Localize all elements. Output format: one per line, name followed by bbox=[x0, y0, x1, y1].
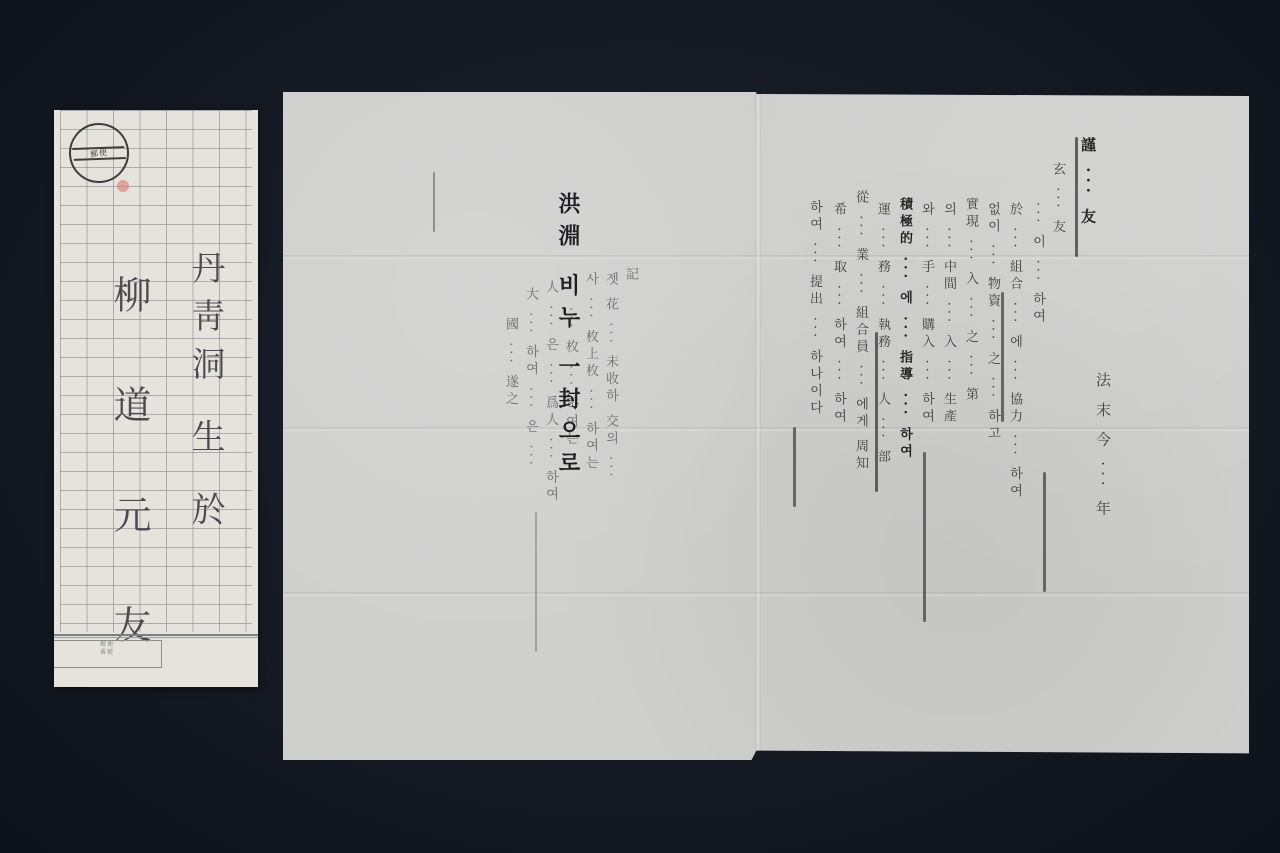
letter-column: 하여 ··· 提出 ··· 하나이다 bbox=[805, 200, 824, 417]
envelope-divider bbox=[54, 634, 258, 636]
ink-bleed-mark bbox=[535, 512, 537, 652]
letter-date-column: 法 末 今 ··· 年 bbox=[1093, 372, 1114, 520]
ink-bleed-mark bbox=[793, 427, 796, 507]
red-seal-icon bbox=[117, 180, 129, 192]
letter-column: 實現 ··· 入 ··· 之 ··· 第 bbox=[961, 197, 980, 404]
letter-column: 希 ··· 取 ··· 하여 ··· 하여 bbox=[829, 202, 848, 426]
ink-bleed-mark bbox=[1043, 472, 1046, 592]
letter-column: 玄 ··· 友 bbox=[1048, 162, 1067, 237]
envelope-recipient-line: 柳 道 元 友 bbox=[102, 275, 157, 673]
letter-column: 와 ··· 手 ··· 購入 ··· 하여 bbox=[917, 202, 936, 426]
horizontal-fold bbox=[283, 592, 1249, 596]
ink-bleed-mark bbox=[1075, 137, 1078, 257]
horizontal-fold bbox=[283, 255, 1249, 259]
ink-bleed-mark bbox=[433, 172, 435, 232]
ink-bleed-mark bbox=[1001, 292, 1004, 422]
ink-bleed-mark bbox=[923, 452, 926, 622]
letter-column: 大 ··· 하여 ··· 은 ··· bbox=[521, 287, 540, 469]
letter-title-column: 謹 ··· 友 bbox=[1078, 137, 1099, 228]
letter-column: ··· 이 ··· 하여 bbox=[1028, 202, 1047, 326]
letter-column: 없이 ··· 物資 ··· 之 ··· 하고 bbox=[983, 202, 1002, 443]
envelope: 郵便 丹靑洞 生 於 柳 道 元 友 郵便番號 bbox=[54, 110, 258, 687]
printed-postal-label: 郵便番號 bbox=[100, 641, 120, 657]
envelope-sender-line: 丹靑洞 生 於 bbox=[181, 250, 230, 540]
letter-column: 國 ··· 遂之 bbox=[501, 317, 520, 409]
letter-sheet: 記 젯 花 ··· 未收하 交의 ··· 사 ··· 枚上枚 ··· 하여는 ·… bbox=[283, 92, 1249, 760]
letter-column: 記 bbox=[621, 267, 640, 284]
ink-bleed-mark bbox=[875, 332, 878, 492]
letter-column: 從 ··· 業 ··· 組合員 ··· 에게 周知 bbox=[851, 190, 870, 473]
center-fold bbox=[755, 92, 761, 760]
letter-column: 의 ··· 中間 ··· 入 ··· 生產 bbox=[939, 202, 958, 426]
letter-column: 積極的 ··· 에 ··· 指導 ··· 하여 bbox=[895, 197, 914, 461]
letter-column: 젯 花 ··· 未收하 交의 ··· bbox=[601, 272, 620, 480]
envelope-divider-thin bbox=[54, 637, 258, 638]
postmark-text: 郵便 bbox=[77, 145, 122, 162]
letter-column: 於 ··· 組合 ··· 에 ··· 協力 ··· 하여 bbox=[1005, 202, 1024, 501]
letter-heading-column: 洪淵 비누 一封으로 bbox=[553, 192, 584, 483]
